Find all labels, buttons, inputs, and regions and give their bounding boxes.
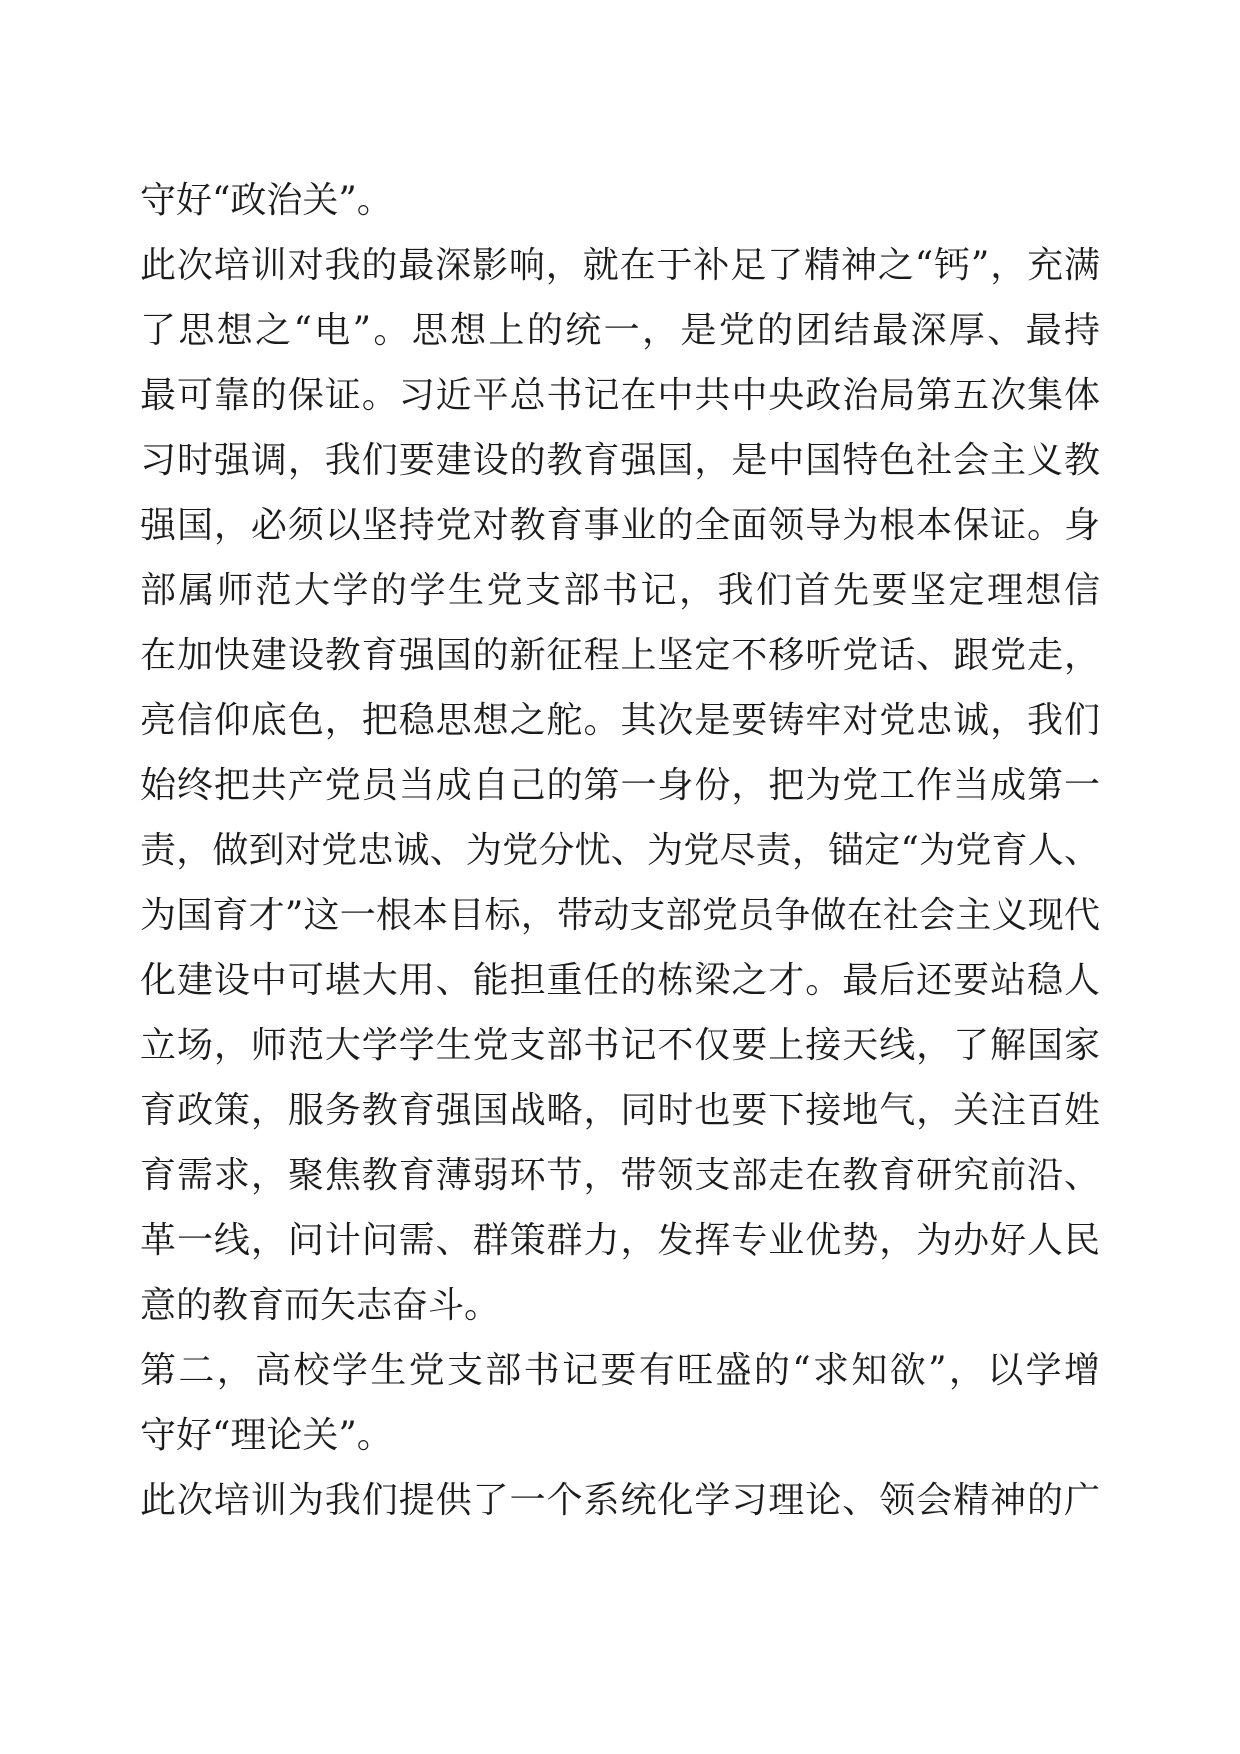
text-line: 部属师范大学的学生党支部书记，我们首先要坚定理想信念， <box>140 558 1100 623</box>
text-line: 立场，师范大学学生党支部书记不仅要上接天线，了解国家教 <box>140 1013 1100 1078</box>
text-line: 在加快建设教育强国的新征程上坚定不移听党话、跟党走，擦 <box>140 623 1100 688</box>
text-line: 第二，高校学生党支部书记要有旺盛的“求知欲”，以学增智， <box>140 1338 1100 1403</box>
text-line: 此次培训为我们提供了一个系统化学习理论、领会精神的广阔 <box>140 1468 1100 1533</box>
text-line: 守好“政治关”。 <box>140 168 1100 233</box>
document-body: 守好“政治关”。 此次培训对我的最深影响，就在于补足了精神之“钙”，充满 了思想… <box>140 168 1100 1533</box>
text-line: 此次培训对我的最深影响，就在于补足了精神之“钙”，充满 <box>140 233 1100 298</box>
text-line: 革一线，问计问需、群策群力，发挥专业优势，为办好人民满 <box>140 1208 1100 1273</box>
text-line: 了思想之“电”。思想上的统一，是党的团结最深厚、最持久、 <box>140 298 1100 363</box>
text-line: 强国，必须以坚持党对教育事业的全面领导为根本保证。身为 <box>140 493 1100 558</box>
text-line: 化建设中可堪大用、能担重任的栋梁之才。最后还要站稳人民 <box>140 948 1100 1013</box>
text-line: 习时强调，我们要建设的教育强国，是中国特色社会主义教育 <box>140 428 1100 493</box>
text-line: 亮信仰底色，把稳思想之舵。其次是要铸牢对党忠诚，我们要 <box>140 688 1100 753</box>
text-line: 为国育才”这一根本目标，带动支部党员争做在社会主义现代 <box>140 883 1100 948</box>
text-line: 责，做到对党忠诚、为党分忧、为党尽责，锚定“为党育人、 <box>140 818 1100 883</box>
document-page: 守好“政治关”。 此次培训对我的最深影响，就在于补足了精神之“钙”，充满 了思想… <box>0 0 1240 1754</box>
text-line: 意的教育而矢志奋斗。 <box>140 1273 1100 1338</box>
text-line: 始终把共产党员当成自己的第一身份，把为党工作当成第一职 <box>140 753 1100 818</box>
text-line: 守好“理论关”。 <box>140 1403 1100 1468</box>
text-line: 最可靠的保证。习近平总书记在中共中央政治局第五次集体学 <box>140 363 1100 428</box>
text-line: 育需求，聚焦教育薄弱环节，带领支部走在教育研究前沿、改 <box>140 1143 1100 1208</box>
text-line: 育政策，服务教育强国战略，同时也要下接地气，关注百姓教 <box>140 1078 1100 1143</box>
